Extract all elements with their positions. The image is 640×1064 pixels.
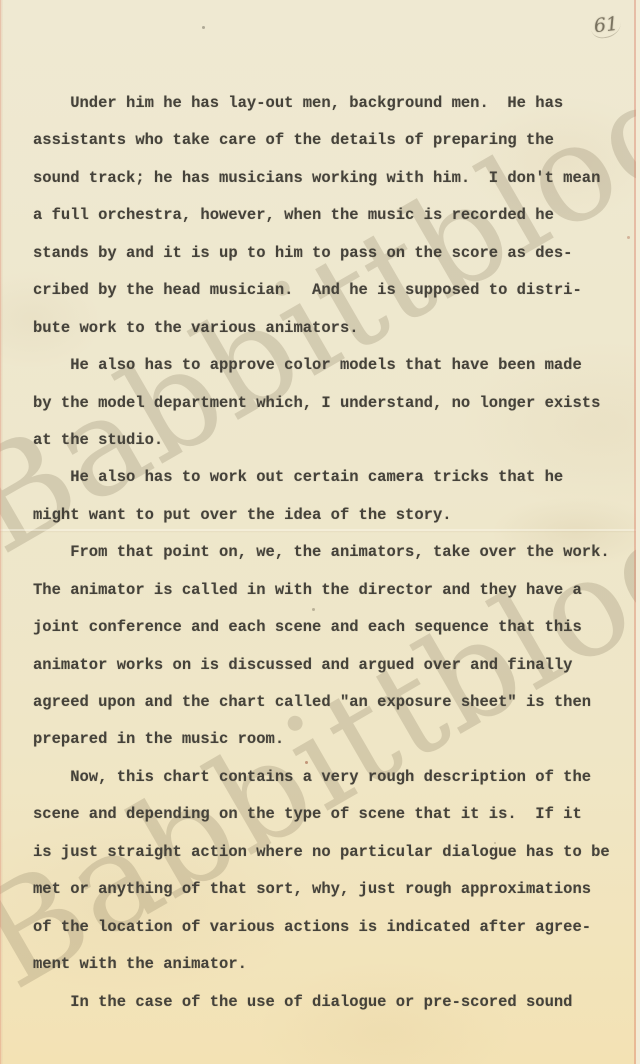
dust-speck	[305, 761, 308, 764]
text-line: Now, this chart contains a very rough de…	[33, 759, 633, 796]
text-line: is just straight action where no particu…	[33, 834, 633, 871]
text-line: He also has to approve color models that…	[33, 347, 633, 384]
text-line: agreed upon and the chart called "an exp…	[33, 684, 633, 721]
dust-speck	[312, 608, 315, 611]
text-line: prepared in the music room.	[33, 721, 633, 758]
scan-edge-left	[0, 0, 4, 1064]
text-line: Under him he has lay-out men, background…	[33, 85, 633, 122]
text-line: a full orchestra, however, when the musi…	[33, 197, 633, 234]
text-line: might want to put over the idea of the s…	[33, 497, 633, 534]
text-line: joint conference and each scene and each…	[33, 609, 633, 646]
text-line: animator works on is discussed and argue…	[33, 647, 633, 684]
page-number: 61	[590, 12, 623, 39]
text-line: at the studio.	[33, 422, 633, 459]
text-line: He also has to work out certain camera t…	[33, 459, 633, 496]
text-line: ment with the animator.	[33, 946, 633, 983]
text-line: assistants who take care of the details …	[33, 122, 633, 159]
text-line: The animator is called in with the direc…	[33, 572, 633, 609]
text-line: bute work to the various animators.	[33, 310, 633, 347]
text-line: stands by and it is up to him to pass on…	[33, 235, 633, 272]
text-line: of the location of various actions is in…	[33, 909, 633, 946]
typescript-text: Under him he has lay-out men, background…	[33, 85, 633, 1021]
dust-speck	[494, 842, 496, 844]
text-line: cribed by the head musician. And he is s…	[33, 272, 633, 309]
text-line: In the case of the use of dialogue or pr…	[33, 984, 633, 1021]
scan-edge-right	[633, 0, 640, 1064]
text-line: scene and depending on the type of scene…	[33, 796, 633, 833]
text-line: met or anything of that sort, why, just …	[33, 871, 633, 908]
dust-speck	[202, 26, 205, 29]
document-page: Babbittblog Babbittblog 61 Under him he …	[0, 0, 640, 1064]
text-line: by the model department which, I underst…	[33, 385, 633, 422]
text-line: From that point on, we, the animators, t…	[33, 534, 633, 571]
dust-speck	[627, 236, 630, 239]
text-line: sound track; he has musicians working wi…	[33, 160, 633, 197]
